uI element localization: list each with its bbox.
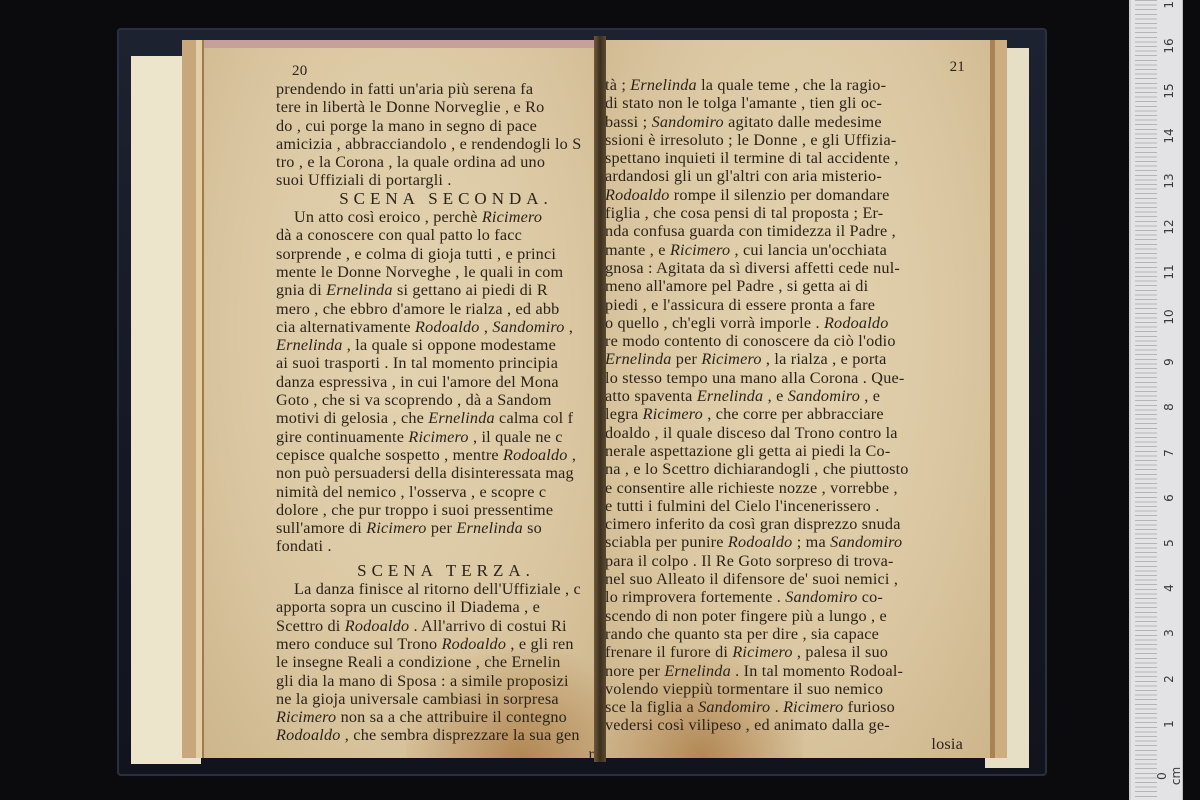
text-line: vedersi così vilipeso , ed animato dalla… — [605, 716, 971, 734]
text-line: mero , che ebbro d'amore le rialza , ed … — [276, 300, 612, 318]
ruler-mark: 16 — [1162, 34, 1176, 58]
catchword: ro- — [276, 745, 612, 758]
text-line: Ernelinda per Ricimero , la rialza , e p… — [605, 350, 971, 368]
ruler-mark: 6 — [1162, 486, 1176, 510]
paragraph-right-page: tà ; Ernelinda la quale teme , che la ra… — [605, 76, 971, 735]
text-line: le insegne Reali a condizione , che Erne… — [276, 653, 612, 671]
measuring-ruler: 0 cm1234567891011121314151617 — [1129, 0, 1183, 800]
ruler-mark: 1 — [1162, 712, 1176, 736]
ruler-mark: 12 — [1162, 215, 1176, 239]
right-page: 21 tà ; Ernelinda la quale teme , che la… — [603, 40, 1007, 758]
ruler-mark: 8 — [1162, 395, 1176, 419]
text-line: ssioni è irresoluto ; le Donne , e gli U… — [605, 131, 971, 149]
text-line: danza espressiva , in cui l'amore del Mo… — [276, 373, 612, 391]
text-line: re modo contento di conoscere da ciò l'o… — [605, 332, 971, 350]
text-line: amicizia , abbracciandolo , e rendendogl… — [276, 135, 612, 153]
text-line: rando che quanto sta per dire , sia capa… — [605, 625, 971, 643]
text-line: nerale aspettazione gli getta ai piedi l… — [605, 442, 971, 460]
text-line: piedi , e l'assicura di essere pronta a … — [605, 296, 971, 314]
ruler-mark: 17 — [1162, 0, 1176, 13]
text-line: cimero inferito da così gran disprezzo s… — [605, 515, 971, 533]
text-line: motivi di gelosia , che Ernelinda calma … — [276, 409, 612, 427]
text-line: gnia di Ernelinda si gettano ai piedi di… — [276, 281, 612, 299]
page-number: 21 — [605, 58, 971, 76]
left-page-text: 20 prendendo in fatti un'aria più serena… — [276, 62, 612, 758]
text-line: ai suoi trasporti . In tal momento princ… — [276, 354, 612, 372]
text-line: prendendo in fatti un'aria più serena fa — [276, 80, 612, 98]
text-line: lo rimprovera fortemente . Sandomiro co- — [605, 588, 971, 606]
ruler-mark: 15 — [1162, 79, 1176, 103]
text-line: nore per Ernelinda . In tal momento Rodo… — [605, 662, 971, 680]
text-line: scendo di non poter fingere più a lungo … — [605, 607, 971, 625]
paragraph-scena-terza: La danza finisce al ritorno dell'Uffizia… — [276, 580, 612, 745]
book-gutter — [594, 36, 606, 762]
text-line: spettano inquieti il termine di tal acci… — [605, 149, 971, 167]
text-line: di stato non le tolga l'amante , tien gl… — [605, 94, 971, 112]
text-line: mante , e Ricimero , cui lancia un'occhi… — [605, 241, 971, 259]
text-line: Un atto così eroico , perchè Ricimero — [276, 208, 612, 226]
text-line: ardandosi gli un gl'altri con aria miste… — [605, 167, 971, 185]
ruler-mark: 11 — [1162, 260, 1176, 284]
ruler-mark: 14 — [1162, 124, 1176, 148]
text-line: Ernelinda , la quale si oppone modestame — [276, 336, 612, 354]
text-line: doaldo , il quale disceso dal Trono cont… — [605, 424, 971, 442]
text-line: do , cui porge la mano in segno di pace — [276, 117, 612, 135]
text-line: gli dia la mano di Sposa : a simile prop… — [276, 672, 612, 690]
text-line: volendo vieppiù tormentare il suo nemico — [605, 680, 971, 698]
text-line: dà a conoscere con qual patto lo facc — [276, 226, 612, 244]
text-line: suoi Uffiziali di portargli . — [276, 171, 612, 189]
text-line: e tutti i fulmini del Cielo l'inceneriss… — [605, 497, 971, 515]
ruler-mark: 7 — [1162, 441, 1176, 465]
text-line: mente le Donne Norveghe , le quali in co… — [276, 263, 612, 281]
text-line: Goto , che si va scoprendo , dà a Sandom — [276, 391, 612, 409]
ruler-mark: 4 — [1162, 576, 1176, 600]
text-line: apporta sopra un cuscino il Diadema , e — [276, 598, 612, 616]
text-line: tà ; Ernelinda la quale teme , che la ra… — [605, 76, 971, 94]
text-line: Rodoaldo , che sembra disprezzare la sua… — [276, 726, 612, 744]
heading-scena-seconda: SCENA SECONDA. — [276, 190, 612, 208]
ruler-mark: 5 — [1162, 531, 1176, 555]
text-line: bassi ; Sandomiro agitato dalle medesime — [605, 113, 971, 131]
page-number: 20 — [276, 62, 612, 80]
text-line: nda confusa guarda con timidezza il Padr… — [605, 222, 971, 240]
text-line: frenare il furore di Ricimero , palesa i… — [605, 643, 971, 661]
heading-scena-terza: SCENA TERZA. — [276, 562, 612, 580]
text-line: tere in libertà le Donne Norveglie , e R… — [276, 98, 612, 116]
text-line: o quello , ch'egli vorrà imporle . Rodoa… — [605, 314, 971, 332]
paragraph-scena-seconda: Un atto così eroico , perchè Ricimerodà … — [276, 208, 612, 556]
text-line: Rodoaldo rompe il silenzio per domandare — [605, 186, 971, 204]
text-line: sull'amore di Ricimero per Ernelinda so — [276, 519, 612, 537]
text-line: e consentire alle richieste nozze , vorr… — [605, 479, 971, 497]
text-line: gire continuamente Ricimero , il quale n… — [276, 428, 612, 446]
left-page: 20 prendendo in fatti un'aria più serena… — [182, 40, 612, 758]
ruler-mark: 2 — [1162, 667, 1176, 691]
text-line: Ricimero non sa a che attribuire il cont… — [276, 708, 612, 726]
text-line: na , e lo Scettro dichiarandogli , che p… — [605, 460, 971, 478]
ruler-mark: 9 — [1162, 350, 1176, 374]
text-line: cepisce qualche sospetto , mentre Rodoal… — [276, 446, 612, 464]
ruler-ticks — [1135, 0, 1157, 800]
text-line: dolore , che pur troppo i suoi pressenti… — [276, 501, 612, 519]
text-line: nimità del nemico , l'osserva , e scopre… — [276, 483, 612, 501]
text-line: gnosa : Agitata da sì diversi affetti ce… — [605, 259, 971, 277]
text-line: para il colpo . Il Re Goto sorpreso di t… — [605, 552, 971, 570]
text-line: lo stesso tempo una mano alla Corona . Q… — [605, 369, 971, 387]
text-line: cia alternativamente Rodoaldo , Sandomir… — [276, 318, 612, 336]
text-line: Scettro di Rodoaldo . All'arrivo di cost… — [276, 617, 612, 635]
right-page-text: 21 tà ; Ernelinda la quale teme , che la… — [605, 58, 971, 753]
text-line: La danza finisce al ritorno dell'Uffizia… — [276, 580, 612, 598]
text-line: sorprende , e colma di gioja tutti , e p… — [276, 245, 612, 263]
text-line: nel suo Alleato il difensore de' suoi ne… — [605, 570, 971, 588]
text-line: fondati . — [276, 537, 612, 555]
text-line: ne la gioja universale cambiasi in sorpr… — [276, 690, 612, 708]
paragraph-before-scena-seconda: prendendo in fatti un'aria più serena fa… — [276, 80, 612, 190]
ruler-mark: 13 — [1162, 169, 1176, 193]
ruler-mark: 10 — [1162, 305, 1176, 329]
ruler-mark: 0 cm — [1155, 764, 1183, 788]
text-line: mero conduce sul Trono Rodoaldo , e gli … — [276, 635, 612, 653]
text-line: sce la figlia a Sandomiro . Ricimero fur… — [605, 698, 971, 716]
text-line: atto spaventa Ernelinda , e Sandomiro , … — [605, 387, 971, 405]
catchword: losia — [605, 735, 971, 753]
text-line: sciabla per punire Rodoaldo ; ma Sandomi… — [605, 533, 971, 551]
text-line: meno all'amore pel Padre , si getta ai d… — [605, 277, 971, 295]
text-line: figlia , che cosa pensi di tal proposta … — [605, 204, 971, 222]
text-line: tro , e la Corona , la quale ordina ad u… — [276, 153, 612, 171]
ruler-mark: 3 — [1162, 621, 1176, 645]
text-line: legra Ricimero , che corre per abbraccia… — [605, 405, 971, 423]
text-line: non può persuadersi della disinteressata… — [276, 464, 612, 482]
